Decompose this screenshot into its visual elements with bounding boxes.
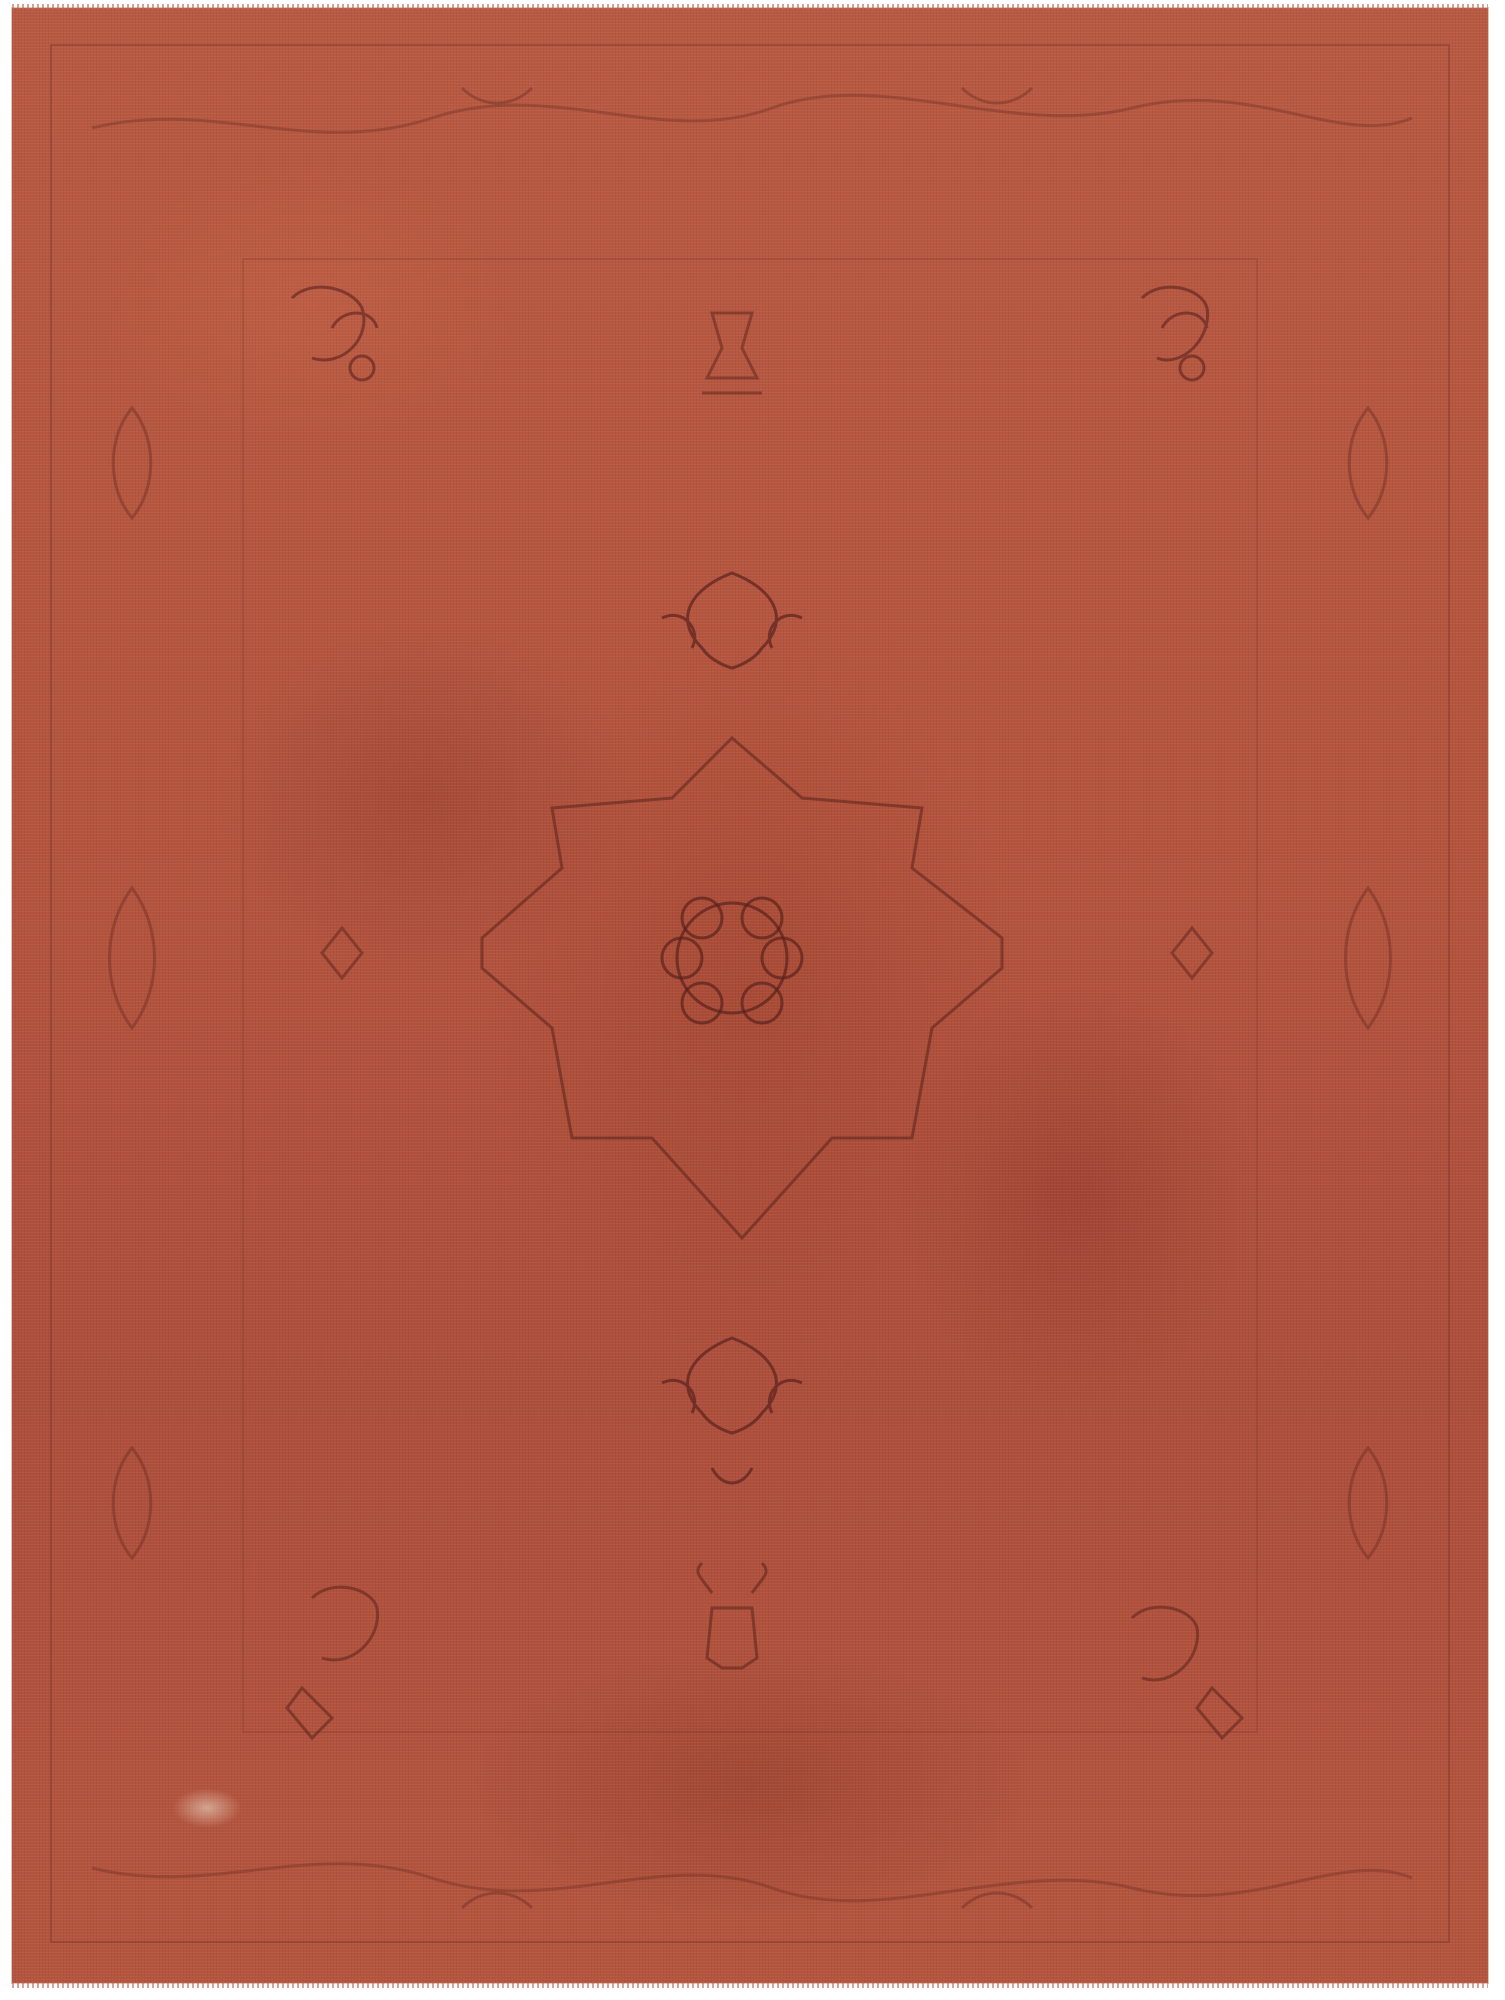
corner-spray-bottom-right — [1132, 1607, 1242, 1738]
rug — [12, 8, 1488, 1983]
rug-pattern — [12, 8, 1488, 1983]
top-vase — [702, 313, 762, 393]
motif-layer — [12, 8, 1488, 1983]
center-rosette — [662, 898, 802, 1023]
worn-patch — [172, 1788, 242, 1828]
top-pendant — [662, 573, 802, 668]
medallion-star — [482, 738, 1002, 1238]
bottom-border-vine — [92, 1864, 1412, 1901]
bottom-pendant — [662, 1338, 802, 1483]
corner-spray-top-right — [1142, 287, 1208, 380]
right-lantern — [1172, 928, 1212, 978]
corner-spray-top-left — [292, 287, 377, 380]
corner-spray-bottom-left — [287, 1587, 378, 1738]
left-lantern — [322, 928, 362, 978]
top-border-vine — [92, 95, 1412, 132]
bottom-vase — [698, 1563, 766, 1668]
